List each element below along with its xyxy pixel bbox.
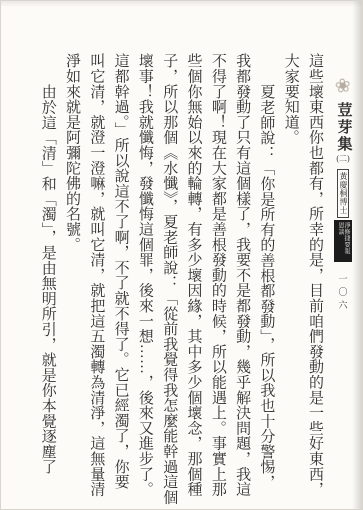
text-column: 不得了啊！現在大家都是善根發動的時候，所以能遇上。事實上那 — [210, 53, 225, 505]
volume-label: (二) — [336, 155, 349, 163]
author-box: 黃慶桐博士 — [337, 169, 349, 218]
text-column: 些個你無始以來的輪轉，有多少壞因緣，其中多少個壞念，那個種 — [186, 53, 201, 505]
text-column: 這些壞東西你也都有，所幸的是，目前咱們發動的是一些好東西， — [307, 53, 322, 505]
scan-edge-top — [1, 1, 362, 7]
text-column: 子，所以那個《水懺》，夏老師說：「從前我覺得我怎麼能幹過這個 — [161, 53, 176, 505]
flower-seal-icon: ❀ — [334, 76, 352, 97]
text-column: 這都幹過。」所以說這不了啊，不了就不得了。它已經濁了，你要 — [113, 53, 128, 505]
text-column: 壞事！我就懺悔，發懺悔這個罪，後來一想……，後來又進步了。 — [137, 53, 152, 505]
text-column: 大家要知道。 — [283, 53, 298, 505]
book-page: ❀ 荳芽集 (二) 黃慶桐博士 淨修捷要報恩談 一〇六 這些壞東西你也都有，所幸… — [0, 0, 363, 510]
text-column: 夏老師說：「你是所有的善根都發動」，所以我也十分警惕， — [258, 53, 273, 505]
text-column: 我都發動了只有這個樣了，我要不是都發動，幾乎解決問題，我這 — [234, 53, 249, 505]
book-title: 荳芽集 — [336, 102, 351, 153]
text-column: 淨如來就是阿彌陀佛的名號。 — [64, 53, 79, 505]
page-header-column: ❀ 荳芽集 (二) 黃慶桐博士 淨修捷要報恩談 一〇六 — [331, 77, 355, 313]
body-text-block: 這些壞東西你也都有，所幸的是，目前咱們發動的是一些好東西， 大家要知道。 夏老師… — [30, 53, 322, 505]
series-box: 淨修捷要報恩談 — [334, 220, 352, 262]
text-column: 叫它清，就澄一澄嘛，就叫它清，就把這五濁轉為清淨，這無量清 — [88, 53, 103, 505]
text-column: 由於這「清」和「濁」，是由無明所引，就是你本覺逐塵了 — [40, 53, 55, 505]
page-number: 一〇六 — [337, 274, 350, 313]
